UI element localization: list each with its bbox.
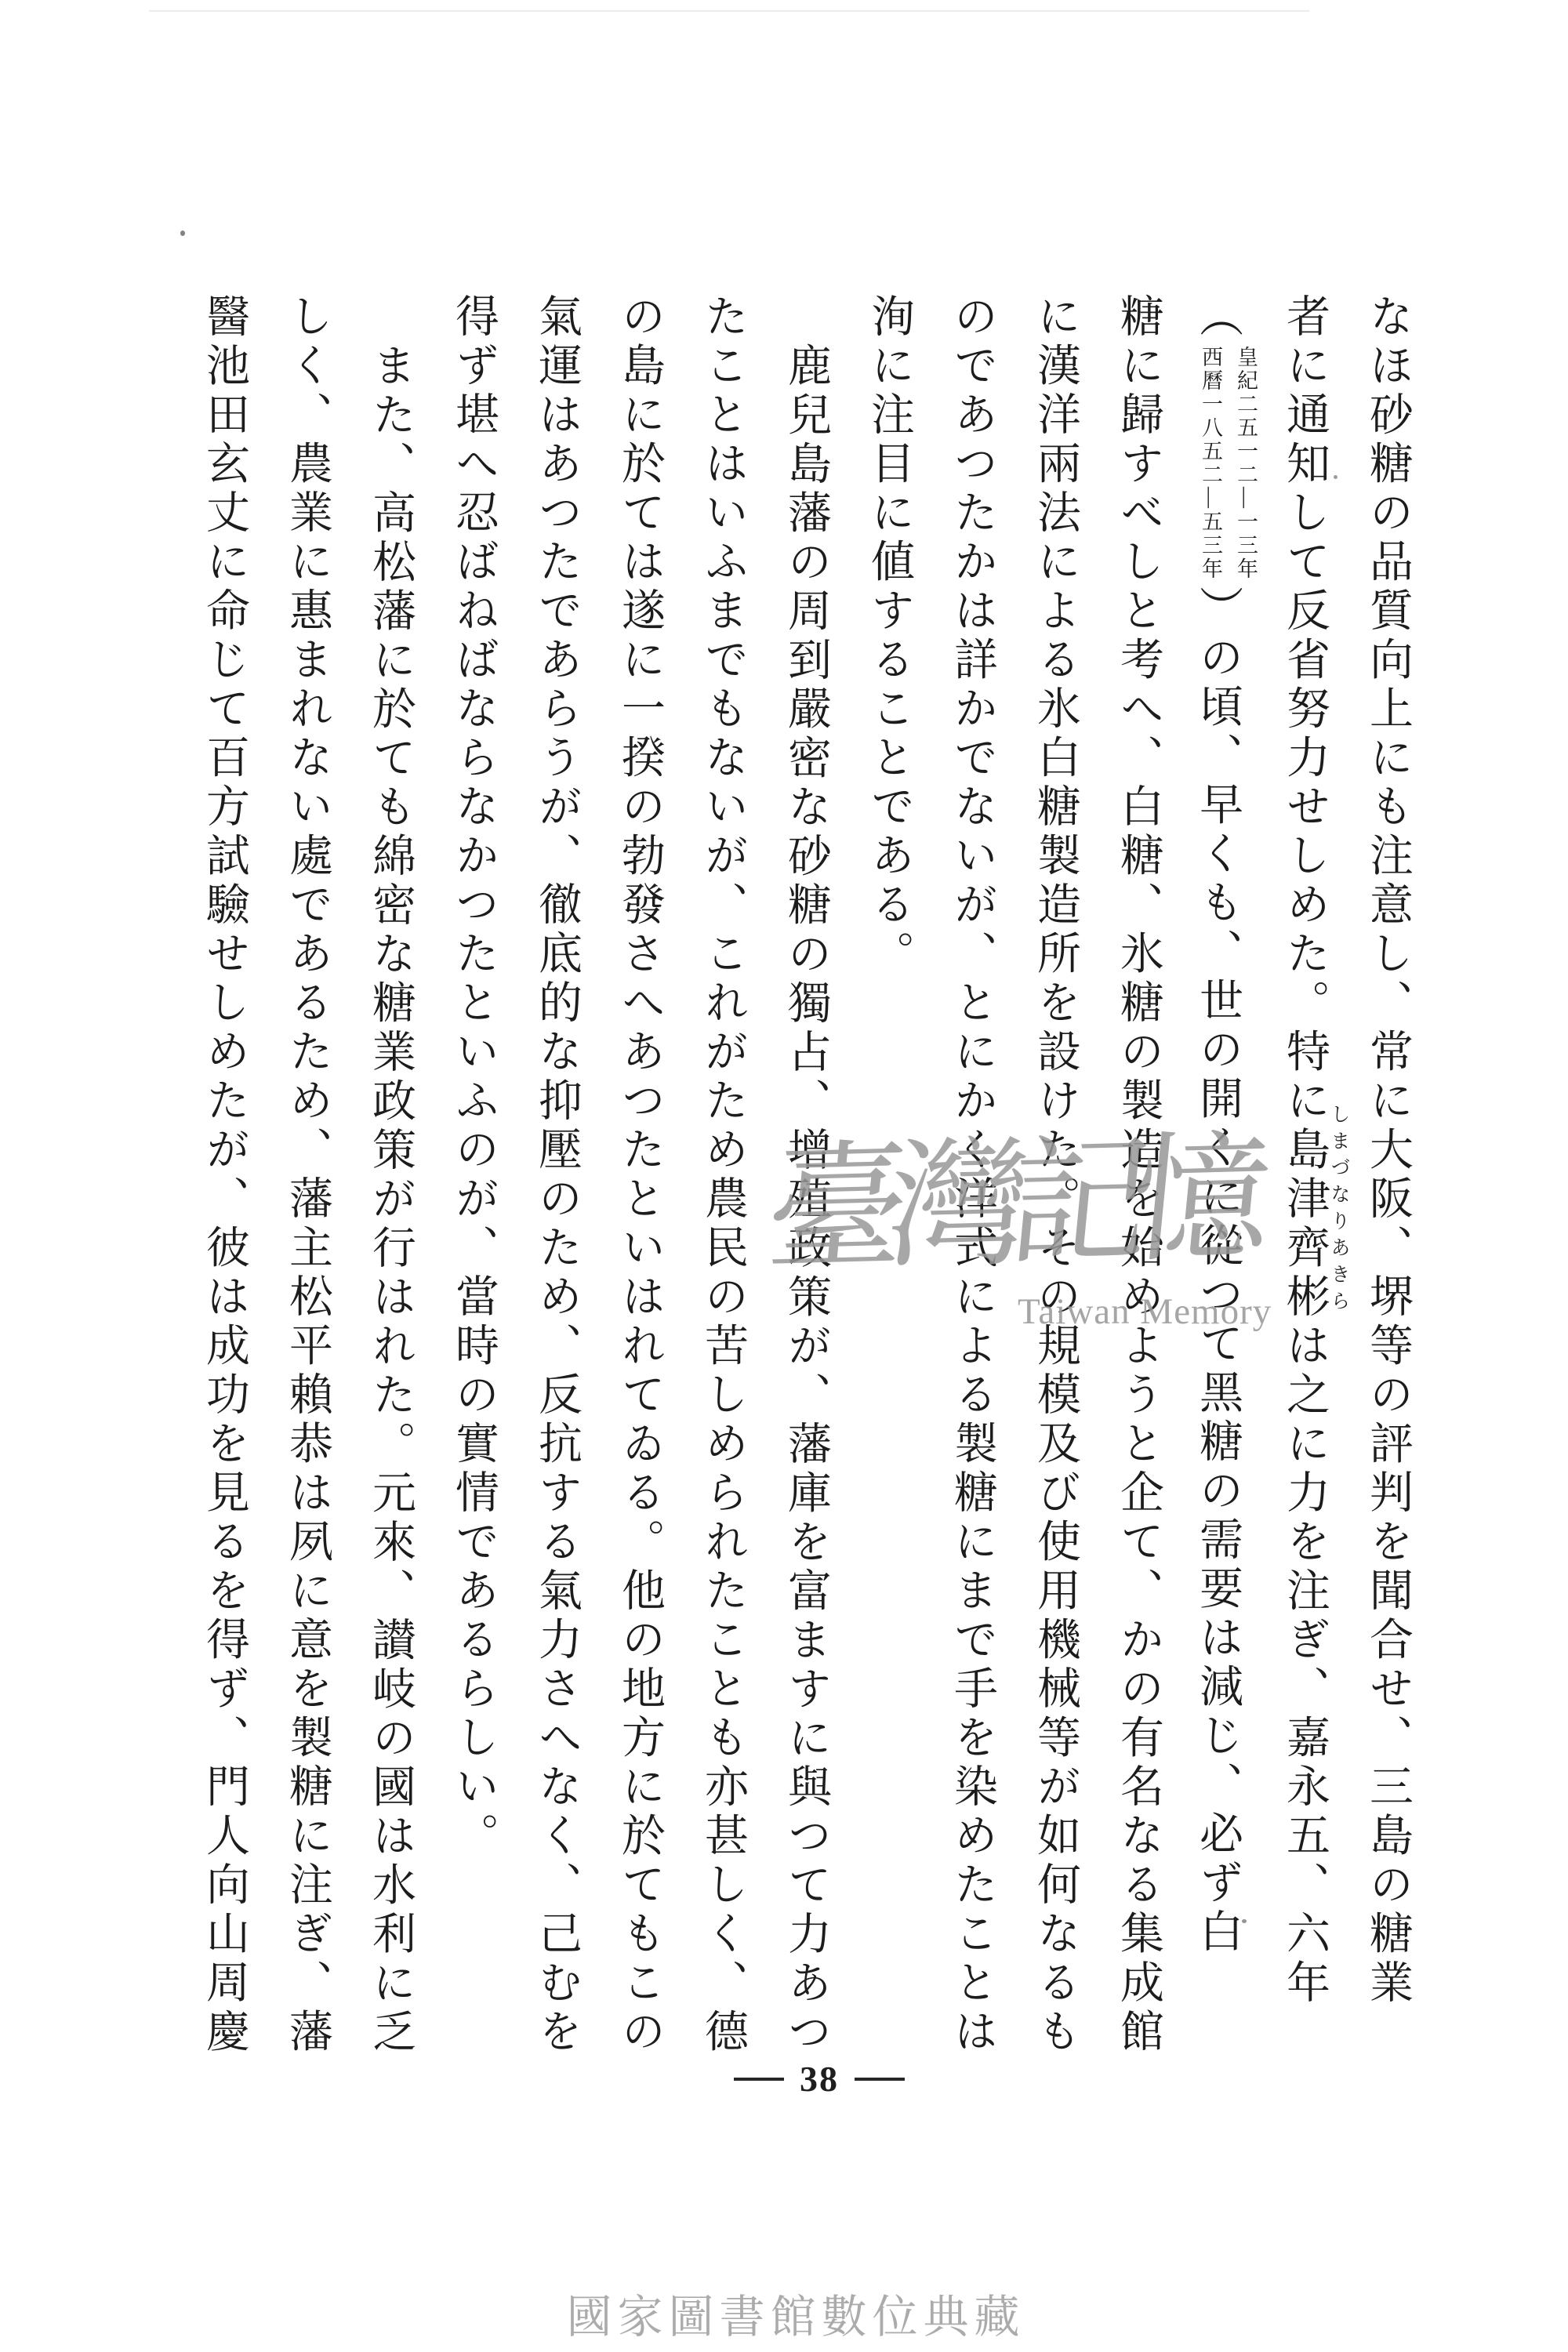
- scan-edge-line: [149, 10, 1309, 12]
- text-column-13-paragraph-start: また、高松藩に於ても綿密な糖業政策が行はれた。元來、讃岐の國は水利に乏: [349, 293, 432, 2081]
- text-column-14: しく、農業に惠まれない處であるため、藩主松平賴恭は夙に意を製糖に注ぎ、藩: [266, 293, 349, 2081]
- digital-archive-label: 國家圖書館數位典藏: [0, 2292, 1568, 2343]
- page-number: 38: [690, 2056, 949, 2103]
- text-column-5: に漢洋兩法による氷白糖製造所を設けた。その規模及び使用機械等が如何なるも: [1014, 293, 1097, 2081]
- text-column-3: （皇紀二五一二―一三年西曆一八五二―五三年）の頃、早くも、世の開くに從つて黑糖の…: [1180, 293, 1263, 2081]
- warichu-right-line: 皇紀二五一二―一三年: [1228, 346, 1263, 581]
- scanned-book-page: { "document": { "language": "Japanese (v…: [0, 0, 1568, 2352]
- text-column-8-paragraph-start: 鹿兒島藩の周到嚴密な砂糖の獨占、增殖政策が、藩庫を富ますに與つて力あつ: [764, 293, 848, 2081]
- text-column-12: 得ず堪へ忍ばねばならなかつたといふのが、當時の實情であるらしい。: [432, 293, 515, 2081]
- warichu-open-bracket: （: [1193, 293, 1242, 343]
- text-column-4: 糖に歸すべしと考へ、白糖、氷糖の製造を始めようと企て、かの有名なる集成館: [1097, 293, 1180, 2081]
- text-column-15: 醫池田玄丈に命じて百方試驗せしめたが、彼は成功を見るを得ず、門人向山周慶: [183, 293, 266, 2081]
- text-column-10: の島に於ては遂に一揆の勃發さへあつたといはれてゐる。他の地方に於てもこの: [598, 293, 681, 2081]
- page-number-left-dash: [734, 2078, 784, 2081]
- warichu-left-line: 西曆一八五二―五三年: [1192, 346, 1228, 581]
- page-number-value: 38: [800, 2061, 839, 2097]
- text-column-9: たことはいふまでもないが、これがため農民の苦しめられたことも亦甚しく、德: [681, 293, 764, 2081]
- ink-speck: [180, 230, 185, 236]
- text-column-1: なほ砂糖の品質向上にも注意し、常に大阪、堺等の評判を聞合せ、三島の糖業: [1346, 293, 1429, 2081]
- warichu-block: 皇紀二五一二―一三年西曆一八五二―五三年: [1192, 346, 1263, 581]
- text-column-6: のであつたかは詳かでないが、とにかく洋式による製糖にまで手を染めたことは: [931, 293, 1014, 2081]
- warichu-close-bracket: ）: [1193, 586, 1242, 635]
- page-number-right-dash: [855, 2078, 905, 2081]
- text-column-7: 洵に注目に値することである。: [848, 293, 931, 2081]
- text-column-11: 氣運はあつたであらうが、徹底的な抑壓のため、反抗する氣力さへなく、己むを: [515, 293, 598, 2081]
- furigana-shimazu-nariakira: しまづなりあきら: [1327, 1104, 1350, 1339]
- text-column-3-text: の頃、早くも、世の開くに從つて黑糖の需要は減じ、必ず白: [1193, 634, 1242, 1958]
